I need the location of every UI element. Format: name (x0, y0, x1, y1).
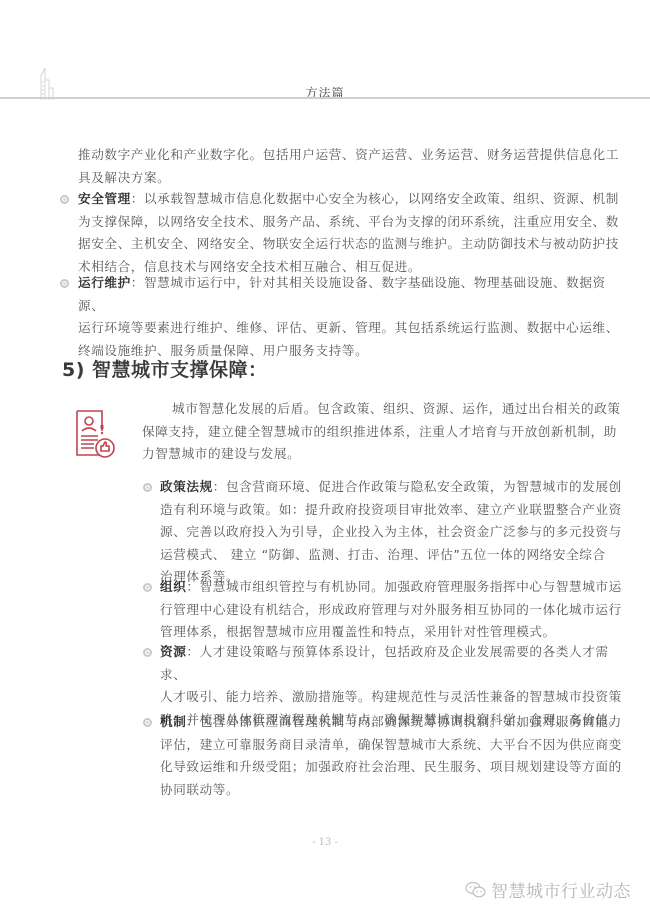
text-line: 行管理中心建设有机结合，形成政府管理与对外服务相互协同的一体化城市运行 (160, 599, 625, 622)
bullet-icon (143, 483, 152, 492)
bullet-icon (143, 718, 152, 727)
watermark-text: 智慧城市行业动态 (491, 877, 631, 902)
text-line: 化导致运维和升级受阻；加强政府社会治理、民生服务、项目规划建设等方面的 (160, 756, 625, 779)
page-number: - 13 - (0, 837, 650, 848)
text-line: 人才吸引、能力培养、激励措施等。构建规范性与灵活性兼备的智慧城市投资策 (160, 686, 625, 709)
watermark: 智慧城市行业动态 (465, 877, 631, 902)
text-line: 源、完善以政府投入为引导，企业投入为主体，社会资金广泛参与的多元投资与 (160, 521, 625, 544)
text-line: 力智慧城市的建设与发展。 (142, 443, 625, 466)
item-term: 政策法规 (160, 479, 213, 494)
list-item-security-management: 安全管理：以承载智慧城市信息化数据中心安全为核心，以网络安全政策、组织、资源、机… (78, 188, 623, 278)
text-line: 运行环境等要素进行维护、维修、评估、更新、管理。其包括系统运行监测、数据中心运维… (78, 317, 623, 340)
intro-paragraph: 推动数字产业化和产业数字化。包括用户运营、资产运营、业务运营、财务运营提供信息化… (78, 144, 623, 189)
item-term: 安全管理 (78, 191, 131, 206)
bullet-icon (60, 279, 69, 288)
bullet-icon (143, 648, 152, 657)
item-term: 运行维护 (78, 275, 131, 290)
text-line: 具及解决方案。 (78, 167, 623, 190)
document-approval-icon (74, 409, 120, 459)
list-item-operation-maintenance: 运行维护：智慧城市运行中，针对其相关设施设备、数字基础设施、物理基础设施、数据资… (78, 272, 623, 362)
section-intro: 城市智慧化发展的后盾。包含政策、组织、资源、运作，通过出台相关的政策 保障支持，… (142, 398, 625, 466)
header-divider (0, 97, 650, 99)
text-line: 造有利环境与政策。如：提升政府投资项目审批效率、建立产业联盟整合产业资 (160, 499, 625, 522)
text-line: 保障支持，建立健全智慧城市的组织推进体系，注重人才培育与开放创新机制，助 (142, 421, 625, 444)
item-term: 资源 (160, 644, 186, 659)
text-line: 为支撑保障，以网络安全技术、服务产品、系统、平台为支撑的闭环系统，注重应用安全、… (78, 211, 623, 234)
bullet-icon (60, 195, 69, 204)
list-item-organization: 组织：智慧城市组织管控与有机协同。加强政府管理服务指挥中心与智慧城市运 行管理中… (160, 576, 625, 644)
text-line: 协同联动等。 (160, 779, 625, 802)
page-header: 方法篇 (0, 0, 650, 100)
list-item-policy: 政策法规：包含营商环境、促进合作政策与隐私安全政策，为智慧城市的发展创 造有利环… (160, 476, 625, 589)
bullet-icon (143, 583, 152, 592)
text-line: 推动数字产业化和产业数字化。包括用户运营、资产运营、业务运营、财务运营提供信息化… (78, 144, 623, 167)
section-heading: 5) 智慧城市支撑保障： (62, 355, 268, 382)
text-line: 评估，建立可靠服务商目录清单，确保智慧城市大系统、大平台不因为供应商变 (160, 734, 625, 757)
item-term: 机制 (160, 714, 186, 729)
text-line: 运营模式、 建立 “防御、监测、打击、治理、评估”五位一体的网络安全综合 (160, 544, 625, 567)
text-line: 城市智慧化发展的后盾。包含政策、组织、资源、运作，通过出台相关的政策 (142, 398, 625, 421)
wechat-icon (465, 881, 487, 899)
text-line: 据安全、主机安全、网络安全、物联安全运行状态的监测与维护。主动防御技术与被动防护… (78, 233, 623, 256)
list-item-mechanism: 机制：包含外部供应商管理机制与内部资源统筹协调机制。如加强对服务商能力 评估，建… (160, 711, 625, 801)
item-term: 组织 (160, 579, 186, 594)
